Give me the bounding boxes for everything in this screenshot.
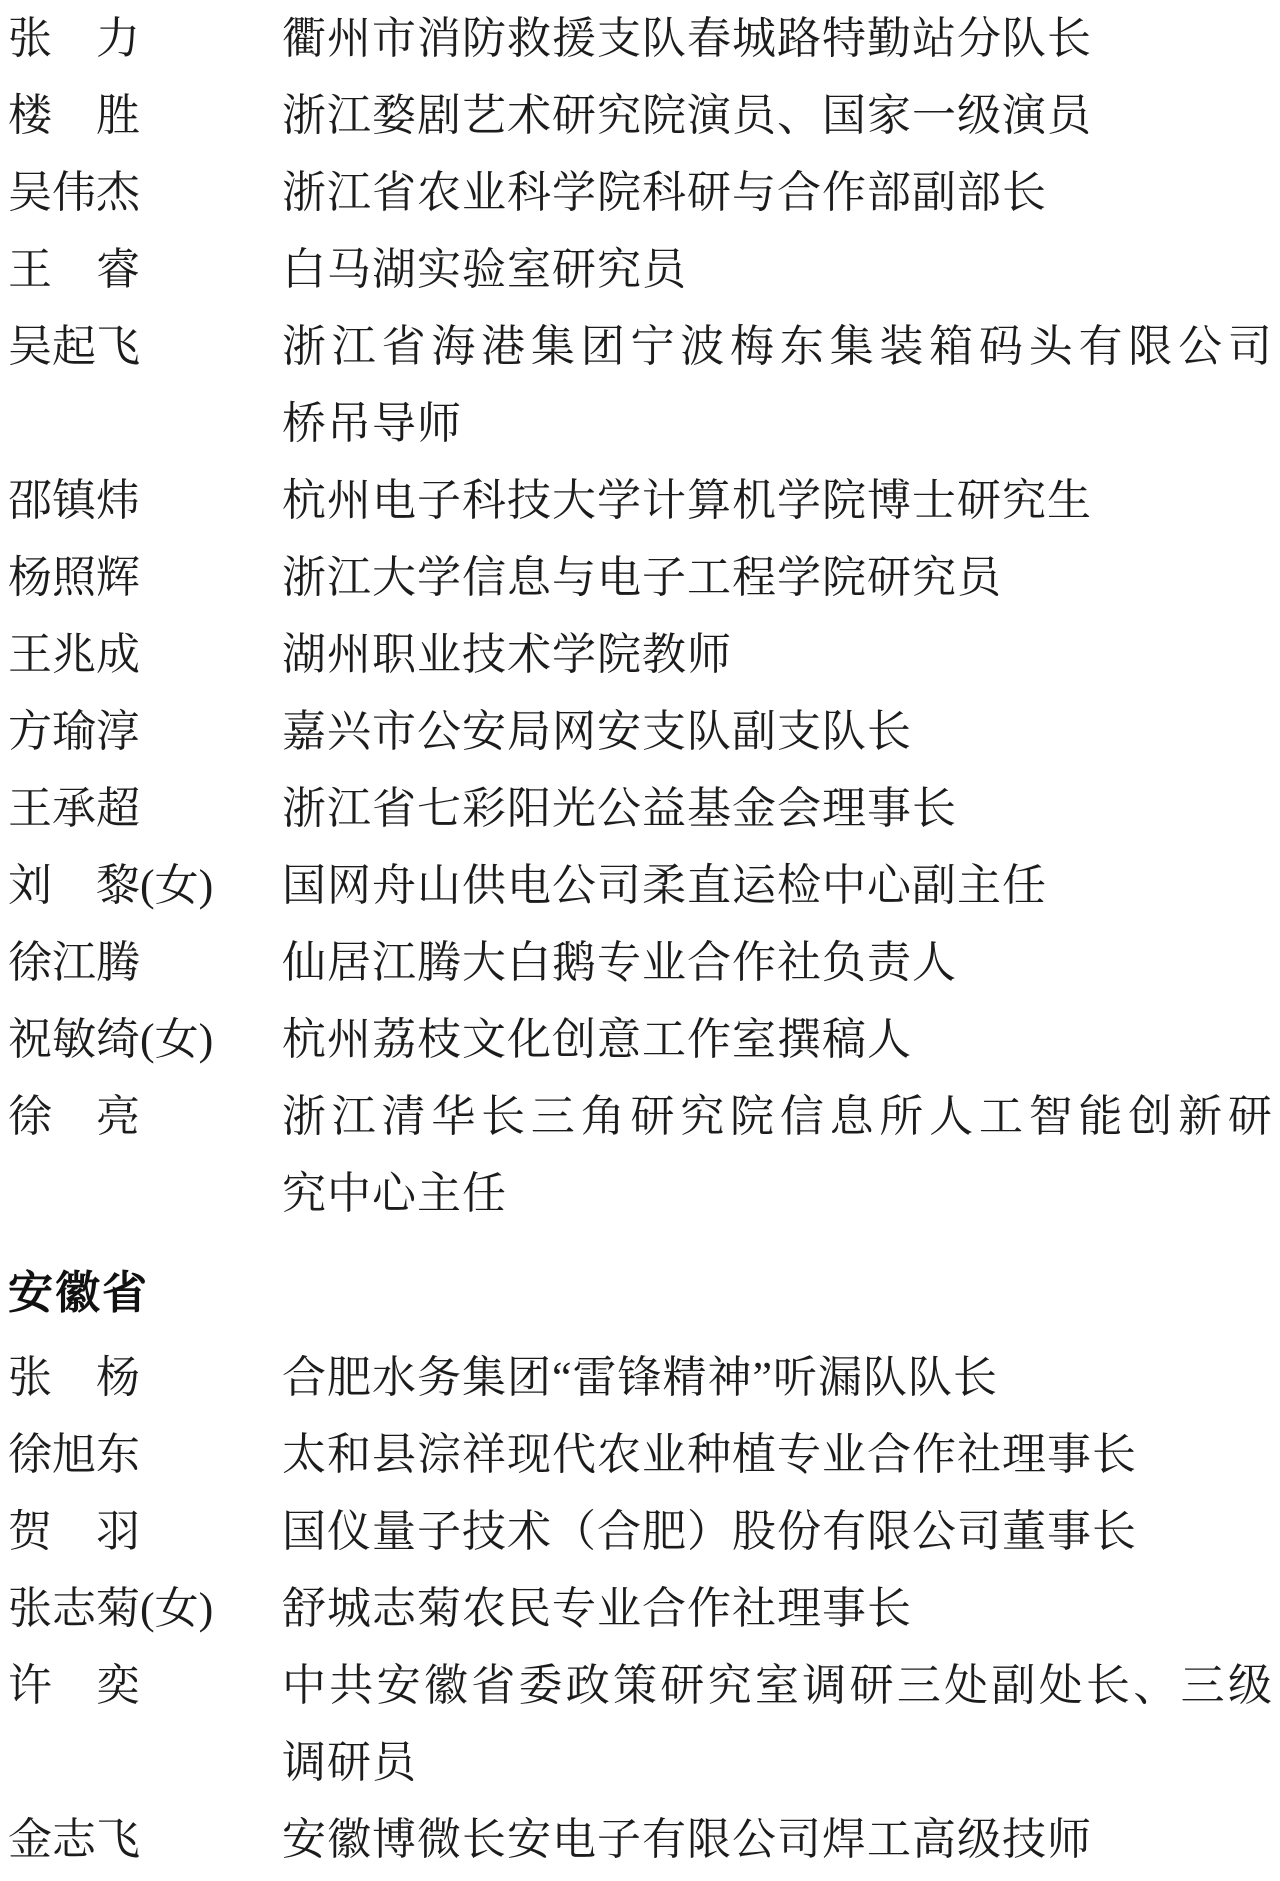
person-name: 徐旭东 <box>8 1416 282 1493</box>
char-glyph: 信 <box>780 1078 824 1155</box>
person-title: 衢州市消防救援支队春城路特勤站分队长 <box>282 0 1272 77</box>
char-glyph: 能 <box>1079 1078 1123 1155</box>
title-line: 太和县淙祥现代农业种植专业合作社理事长 <box>282 1416 1272 1493</box>
char-glyph: 淳 <box>96 693 140 770</box>
person-name: 杨照辉 <box>8 539 282 616</box>
char-glyph: 共 <box>329 1647 373 1724</box>
char-glyph: 宁 <box>630 308 674 385</box>
char-glyph: 王 <box>8 231 52 308</box>
person-title: 安徽博微长安电子有限公司焊工高级技师 <box>282 1801 1272 1878</box>
char-glyph: 海 <box>431 308 475 385</box>
person-name: 王承超 <box>8 770 282 847</box>
person-name-chars: 张力 <box>8 0 140 77</box>
char-glyph: 三 <box>897 1647 941 1724</box>
char-glyph: 头 <box>1029 308 1073 385</box>
person-name-chars: 邵镇炜 <box>8 462 140 539</box>
char-glyph: 起 <box>52 308 96 385</box>
person-name-chars: 吴伟杰 <box>8 154 140 231</box>
char-glyph: 团 <box>581 308 625 385</box>
char-glyph: 集 <box>531 308 575 385</box>
char-glyph: 集 <box>830 308 874 385</box>
char-glyph: 长 <box>1086 1647 1130 1724</box>
title-line: 嘉兴市公安局网安支队副支队长 <box>282 693 1272 770</box>
char-glyph: 华 <box>431 1078 475 1155</box>
person-name: 贺羽 <box>8 1493 282 1570</box>
char-glyph: 副 <box>991 1647 1035 1724</box>
person-name: 楼胜 <box>8 77 282 154</box>
person-name: 王兆成 <box>8 616 282 693</box>
person-name: 张力 <box>8 0 282 77</box>
char-glyph: 策 <box>613 1647 657 1724</box>
char-glyph: 码 <box>979 308 1023 385</box>
char-glyph: 级 <box>1228 1647 1272 1724</box>
roster-row: 王兆成湖州职业技术学院教师 <box>8 616 1272 693</box>
person-title: 国仪量子技术（合肥）股份有限公司董事长 <box>282 1493 1272 1570</box>
person-title: 浙江省七彩阳光公益基金会理事长 <box>282 770 1272 847</box>
char-glyph: 三 <box>1181 1647 1225 1724</box>
char-glyph: 徽 <box>424 1647 468 1724</box>
char-glyph: 限 <box>1128 308 1172 385</box>
char-glyph: 胜 <box>96 77 140 154</box>
char-glyph: 伟 <box>52 154 96 231</box>
person-title: 合肥水务集团“雷锋精神”听漏队队长 <box>282 1339 1272 1416</box>
roster-row: 祝敏绮(女)杭州荔枝文化创意工作室撰稿人 <box>8 1001 1272 1078</box>
char-glyph: 旭 <box>52 1416 96 1493</box>
person-name-chars: 杨照辉 <box>8 539 140 616</box>
person-name-chars: 徐旭东 <box>8 1416 140 1493</box>
char-glyph: 辉 <box>96 539 140 616</box>
char-glyph: 飞 <box>96 1801 140 1878</box>
roster-row: 张志菊(女)舒城志菊农民专业合作社理事长 <box>8 1570 1272 1647</box>
person-title: 浙江省海港集团宁波梅东集装箱码头有限公司桥吊导师 <box>282 308 1272 462</box>
title-line: 仙居江腾大白鹅专业合作社负责人 <box>282 924 1272 1001</box>
person-name-chars: 贺羽 <box>8 1493 140 1570</box>
char-glyph: 方 <box>8 693 52 770</box>
char-glyph: 人 <box>929 1078 973 1155</box>
char-glyph: 江 <box>332 308 376 385</box>
person-name: 徐亮 <box>8 1078 282 1155</box>
title-line: 浙江大学信息与电子工程学院研究员 <box>282 539 1272 616</box>
char-glyph: 亮 <box>96 1078 140 1155</box>
char-glyph: 、 <box>1133 1647 1177 1724</box>
char-glyph: 中 <box>282 1647 326 1724</box>
roster-row: 吴起飞浙江省海港集团宁波梅东集装箱码头有限公司桥吊导师 <box>8 308 1272 462</box>
char-glyph: 政 <box>566 1647 610 1724</box>
roster-row: 张杨合肥水务集团“雷锋精神”听漏队队长 <box>8 1339 1272 1416</box>
char-glyph: 港 <box>481 308 525 385</box>
gender-suffix: (女) <box>140 1001 213 1078</box>
char-glyph: 研 <box>1228 1078 1272 1155</box>
person-name: 徐江腾 <box>8 924 282 1001</box>
person-name-chars: 金志飞 <box>8 1801 140 1878</box>
char-glyph: 奕 <box>96 1647 140 1724</box>
char-glyph: 工 <box>979 1078 1023 1155</box>
person-name: 金志飞 <box>8 1801 282 1878</box>
char-glyph: 徐 <box>8 1078 52 1155</box>
roster-row: 吴伟杰浙江省农业科学院科研与合作部副部长 <box>8 154 1272 231</box>
char-glyph: 承 <box>52 770 96 847</box>
char-glyph: 杨 <box>96 1339 140 1416</box>
char-glyph: 室 <box>755 1647 799 1724</box>
char-glyph: 敏 <box>52 1001 96 1078</box>
char-glyph: 力 <box>96 0 140 77</box>
char-glyph: 研 <box>630 1078 674 1155</box>
title-line: 安徽博微长安电子有限公司焊工高级技师 <box>282 1801 1272 1878</box>
char-glyph: 徐 <box>8 1416 52 1493</box>
char-glyph: 新 <box>1178 1078 1222 1155</box>
char-glyph: 徐 <box>8 924 52 1001</box>
person-name-chars: 徐亮 <box>8 1078 140 1155</box>
char-glyph: 吴 <box>8 154 52 231</box>
roster-row: 王承超浙江省七彩阳光公益基金会理事长 <box>8 770 1272 847</box>
char-glyph: 照 <box>52 539 96 616</box>
char-glyph: 菊 <box>96 1570 140 1647</box>
char-glyph: 司 <box>1228 308 1272 385</box>
person-name: 吴起飞 <box>8 308 282 385</box>
person-name-chars: 张志菊 <box>8 1570 140 1647</box>
title-line: 桥吊导师 <box>282 385 1272 462</box>
person-name-chars: 王兆成 <box>8 616 140 693</box>
person-title: 仙居江腾大白鹅专业合作社负责人 <box>282 924 1272 1001</box>
char-glyph: 有 <box>1079 308 1123 385</box>
person-name-chars: 徐江腾 <box>8 924 140 1001</box>
title-line: 湖州职业技术学院教师 <box>282 616 1272 693</box>
char-glyph: 镇 <box>52 462 96 539</box>
char-glyph: 院 <box>730 1078 774 1155</box>
char-glyph: 江 <box>52 924 96 1001</box>
person-name: 张志菊(女) <box>8 1570 282 1647</box>
char-glyph: 省 <box>471 1647 515 1724</box>
char-glyph: 东 <box>780 308 824 385</box>
person-title: 浙江婺剧艺术研究院演员、国家一级演员 <box>282 77 1272 154</box>
title-line: 国仪量子技术（合肥）股份有限公司董事长 <box>282 1493 1272 1570</box>
char-glyph: 处 <box>1039 1647 1083 1724</box>
person-name: 许奕 <box>8 1647 282 1724</box>
char-glyph: 羽 <box>96 1493 140 1570</box>
char-glyph: 公 <box>1178 308 1222 385</box>
char-glyph: 志 <box>52 1570 96 1647</box>
person-title: 浙江省农业科学院科研与合作部副部长 <box>282 154 1272 231</box>
char-glyph: 长 <box>481 1078 525 1155</box>
honoree-roster: 张力衢州市消防救援支队春城路特勤站分队长楼胜浙江婺剧艺术研究院演员、国家一级演员… <box>0 0 1280 1878</box>
section-header-province: 安徽省 <box>8 1254 1272 1331</box>
person-name: 方瑜淳 <box>8 693 282 770</box>
char-glyph: 杨 <box>8 539 52 616</box>
char-glyph: 祝 <box>8 1001 52 1078</box>
person-name-chars: 楼胜 <box>8 77 140 154</box>
char-glyph: 三 <box>531 1078 575 1155</box>
gender-suffix: (女) <box>140 1570 213 1647</box>
char-glyph: 梅 <box>730 308 774 385</box>
person-title: 太和县淙祥现代农业种植专业合作社理事长 <box>282 1416 1272 1493</box>
roster-row: 邵镇炜杭州电子科技大学计算机学院博士研究生 <box>8 462 1272 539</box>
char-glyph: 角 <box>581 1078 625 1155</box>
char-glyph: 智 <box>1029 1078 1073 1155</box>
person-title: 杭州电子科技大学计算机学院博士研究生 <box>282 462 1272 539</box>
char-glyph: 究 <box>680 1078 724 1155</box>
char-glyph: 飞 <box>96 308 140 385</box>
title-line: 舒城志菊农民专业合作社理事长 <box>282 1570 1272 1647</box>
title-line: 杭州荔枝文化创意工作室撰稿人 <box>282 1001 1272 1078</box>
char-glyph: 志 <box>52 1801 96 1878</box>
person-name: 邵镇炜 <box>8 462 282 539</box>
person-title: 浙江大学信息与电子工程学院研究员 <box>282 539 1272 616</box>
char-glyph: 装 <box>879 308 923 385</box>
title-line: 浙江省七彩阳光公益基金会理事长 <box>282 770 1272 847</box>
char-glyph: 箱 <box>929 308 973 385</box>
person-name-chars: 祝敏绮 <box>8 1001 140 1078</box>
roster-row: 王睿白马湖实验室研究员 <box>8 231 1272 308</box>
char-glyph: 贺 <box>8 1493 52 1570</box>
person-title: 湖州职业技术学院教师 <box>282 616 1272 693</box>
char-glyph: 江 <box>332 1078 376 1155</box>
char-glyph: 创 <box>1128 1078 1172 1155</box>
char-glyph: 所 <box>879 1078 923 1155</box>
roster-row: 徐亮浙江清华长三角研究院信息所人工智能创新研究中心主任 <box>8 1078 1272 1232</box>
char-glyph: 张 <box>8 1339 52 1416</box>
char-glyph: 王 <box>8 616 52 693</box>
title-line: 中共安徽省委政策研究室调研三处副处长、三级 <box>282 1647 1272 1724</box>
char-glyph: 省 <box>382 308 426 385</box>
char-glyph: 楼 <box>8 77 52 154</box>
char-glyph: 王 <box>8 770 52 847</box>
char-glyph: 绮 <box>96 1001 140 1078</box>
person-title: 杭州荔枝文化创意工作室撰稿人 <box>282 1001 1272 1078</box>
roster-row: 楼胜浙江婺剧艺术研究院演员、国家一级演员 <box>8 77 1272 154</box>
title-line: 究中心主任 <box>282 1155 1272 1232</box>
char-glyph: 波 <box>680 308 724 385</box>
char-glyph: 息 <box>830 1078 874 1155</box>
person-name-chars: 张杨 <box>8 1339 140 1416</box>
char-glyph: 兆 <box>52 616 96 693</box>
gender-suffix: (女) <box>140 847 213 924</box>
title-line: 国网舟山供电公司柔直运检中心副主任 <box>282 847 1272 924</box>
char-glyph: 东 <box>96 1416 140 1493</box>
person-name-chars: 方瑜淳 <box>8 693 140 770</box>
char-glyph: 黎 <box>96 847 140 924</box>
title-line: 浙江婺剧艺术研究院演员、国家一级演员 <box>282 77 1272 154</box>
person-name: 张杨 <box>8 1339 282 1416</box>
char-glyph: 杰 <box>96 154 140 231</box>
char-glyph: 浙 <box>282 308 326 385</box>
roster-row: 金志飞安徽博微长安电子有限公司焊工高级技师 <box>8 1801 1272 1878</box>
person-name-chars: 王承超 <box>8 770 140 847</box>
char-glyph: 成 <box>96 616 140 693</box>
char-glyph: 安 <box>377 1647 421 1724</box>
roster-row: 杨照辉浙江大学信息与电子工程学院研究员 <box>8 539 1272 616</box>
title-line: 杭州电子科技大学计算机学院博士研究生 <box>282 462 1272 539</box>
person-title: 嘉兴市公安局网安支队副支队长 <box>282 693 1272 770</box>
roster-row: 贺羽国仪量子技术（合肥）股份有限公司董事长 <box>8 1493 1272 1570</box>
char-glyph: 清 <box>382 1078 426 1155</box>
char-glyph: 超 <box>96 770 140 847</box>
char-glyph: 张 <box>8 0 52 77</box>
person-name-chars: 刘黎 <box>8 847 140 924</box>
char-glyph: 睿 <box>96 231 140 308</box>
person-name-chars: 王睿 <box>8 231 140 308</box>
person-title: 浙江清华长三角研究院信息所人工智能创新研究中心主任 <box>282 1078 1272 1232</box>
roster-row: 刘黎(女)国网舟山供电公司柔直运检中心副主任 <box>8 847 1272 924</box>
roster-row: 许奕中共安徽省委政策研究室调研三处副处长、三级调研员 <box>8 1647 1272 1801</box>
title-line: 调研员 <box>282 1724 1272 1801</box>
char-glyph: 张 <box>8 1570 52 1647</box>
person-name: 王睿 <box>8 231 282 308</box>
char-glyph: 究 <box>708 1647 752 1724</box>
person-name: 刘黎(女) <box>8 847 282 924</box>
char-glyph: 金 <box>8 1801 52 1878</box>
char-glyph: 许 <box>8 1647 52 1724</box>
title-line: 浙江省海港集团宁波梅东集装箱码头有限公司 <box>282 308 1272 385</box>
title-line: 合肥水务集团“雷锋精神”听漏队队长 <box>282 1339 1272 1416</box>
char-glyph: 炜 <box>96 462 140 539</box>
char-glyph: 吴 <box>8 308 52 385</box>
char-glyph: 委 <box>518 1647 562 1724</box>
char-glyph: 调 <box>802 1647 846 1724</box>
roster-row: 方瑜淳嘉兴市公安局网安支队副支队长 <box>8 693 1272 770</box>
char-glyph: 邵 <box>8 462 52 539</box>
roster-row: 张力衢州市消防救援支队春城路特勤站分队长 <box>8 0 1272 77</box>
person-name-chars: 许奕 <box>8 1647 140 1724</box>
char-glyph: 腾 <box>96 924 140 1001</box>
title-line: 衢州市消防救援支队春城路特勤站分队长 <box>282 0 1272 77</box>
person-name: 祝敏绮(女) <box>8 1001 282 1078</box>
roster-row: 徐旭东太和县淙祥现代农业种植专业合作社理事长 <box>8 1416 1272 1493</box>
person-title: 舒城志菊农民专业合作社理事长 <box>282 1570 1272 1647</box>
char-glyph: 处 <box>944 1647 988 1724</box>
title-line: 白马湖实验室研究员 <box>282 231 1272 308</box>
char-glyph: 瑜 <box>52 693 96 770</box>
person-title: 中共安徽省委政策研究室调研三处副处长、三级调研员 <box>282 1647 1272 1801</box>
title-line: 浙江清华长三角研究院信息所人工智能创新研 <box>282 1078 1272 1155</box>
char-glyph: 浙 <box>282 1078 326 1155</box>
char-glyph: 刘 <box>8 847 52 924</box>
title-line: 浙江省农业科学院科研与合作部副部长 <box>282 154 1272 231</box>
person-name-chars: 吴起飞 <box>8 308 140 385</box>
person-title: 国网舟山供电公司柔直运检中心副主任 <box>282 847 1272 924</box>
person-title: 白马湖实验室研究员 <box>282 231 1272 308</box>
char-glyph: 研 <box>850 1647 894 1724</box>
person-name: 吴伟杰 <box>8 154 282 231</box>
char-glyph: 研 <box>660 1647 704 1724</box>
roster-row: 徐江腾仙居江腾大白鹅专业合作社负责人 <box>8 924 1272 1001</box>
